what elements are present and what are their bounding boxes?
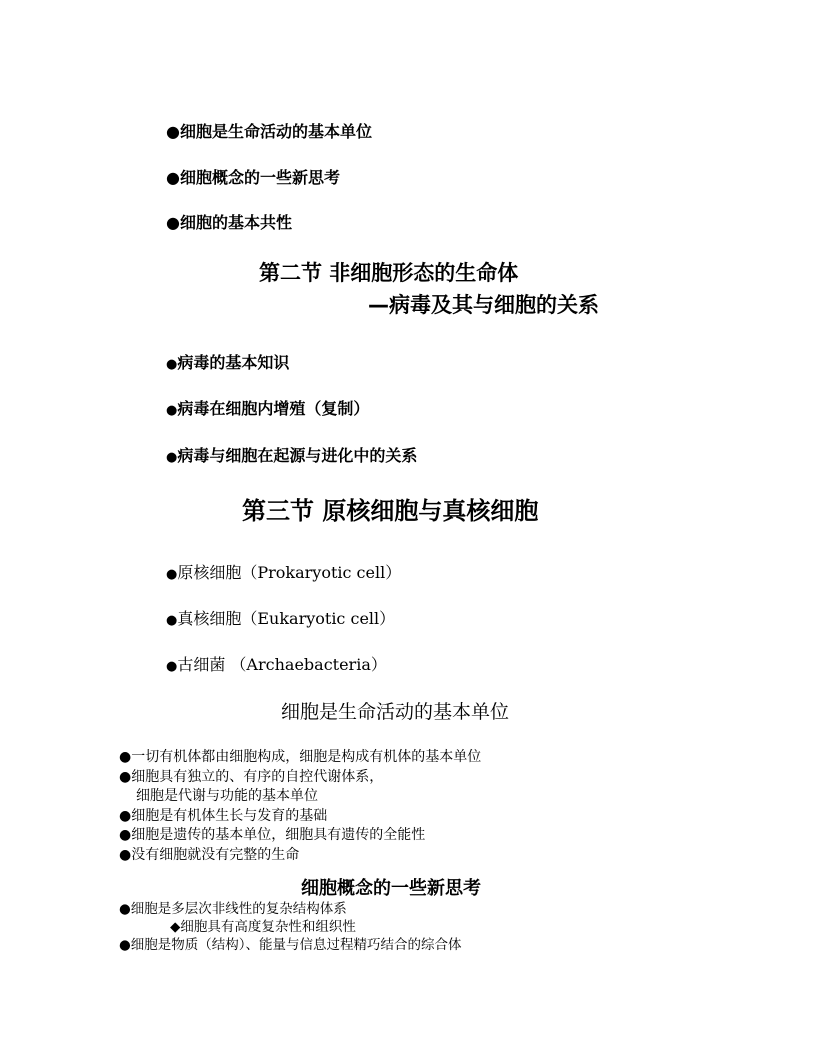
list-item: ●细胞是多层次非线性的复杂结构体系: [119, 900, 462, 918]
outline-item: ●细胞是生命活动的基本单位: [166, 119, 372, 142]
list-item-label: 一切有机体都由细胞构成，细胞是构成有机体的基本单位: [131, 749, 481, 765]
bullet-icon: ●: [166, 168, 180, 187]
bullet-icon: ●: [166, 450, 177, 465]
outline-item: ●病毒与细胞在起源与进化中的关系: [166, 443, 417, 466]
list-item: ●细胞是物质（结构）、能量与信息过程精巧结合的综合体: [119, 936, 462, 954]
list-item-label: 细胞是遗传的基本单位，细胞具有遗传的全能性: [131, 827, 425, 843]
bullet-icon: ●: [119, 847, 131, 863]
outline-item: ●病毒在细胞内增殖（复制）: [166, 396, 369, 419]
bullet-icon: ●: [166, 567, 177, 582]
outline-item-label: 病毒在细胞内增殖（复制）: [177, 399, 369, 418]
bullet-icon: ●: [119, 827, 131, 843]
bullet-icon: ●: [119, 901, 131, 917]
slide2-list: ●细胞是多层次非线性的复杂结构体系 ◆细胞具有高度复杂性和组织性 ●细胞是物质（…: [119, 900, 462, 954]
outline-item: ●原核细胞（Prokaryotic cell）: [166, 560, 401, 583]
outline-item-label: 细胞概念的一些新思考: [180, 168, 340, 187]
list-item-label: 细胞是物质（结构）、能量与信息过程精巧结合的综合体: [131, 937, 462, 953]
outline-item: ●细胞的基本共性: [166, 210, 292, 233]
list-item: ●一切有机体都由细胞构成，细胞是构成有机体的基本单位: [119, 748, 481, 768]
slide1-list: ●一切有机体都由细胞构成，细胞是构成有机体的基本单位 ●细胞具有独立的、有序的自…: [119, 748, 481, 865]
list-item: ●细胞是遗传的基本单位，细胞具有遗传的全能性: [119, 826, 481, 846]
list-item: ●细胞是有机体生长与发育的基础: [119, 807, 481, 827]
outline-item: ●真核细胞（Eukaryotic cell）: [166, 606, 395, 629]
bullet-icon: ●: [166, 213, 180, 232]
section2-title-line1: 第二节 非细胞形态的生命体: [259, 257, 518, 287]
slide1-title: 细胞是生命活动的基本单位: [281, 697, 509, 724]
outline-item-label: 病毒与细胞在起源与进化中的关系: [177, 446, 417, 465]
outline-item: ●古细菌 （Archaebacteria）: [166, 652, 387, 675]
bullet-icon: ●: [166, 357, 177, 372]
outline-item-label: 细胞的基本共性: [180, 213, 292, 232]
bullet-icon: ●: [166, 613, 177, 628]
outline-item: ●病毒的基本知识: [166, 350, 289, 373]
bullet-icon: ●: [119, 937, 131, 953]
section2-title-line2: —病毒及其与细胞的关系: [368, 289, 599, 319]
bullet-icon: ●: [166, 122, 180, 141]
outline-item-label: 原核细胞（Prokaryotic cell）: [177, 563, 401, 582]
diamond-bullet-icon: ◆: [170, 919, 180, 935]
section3-title: 第三节 原核细胞与真核细胞: [242, 491, 538, 526]
list-item-label: 细胞具有独立的、有序的自控代谢体系，: [131, 769, 383, 785]
bullet-icon: ●: [119, 808, 131, 824]
list-item-label: 细胞是多层次非线性的复杂结构体系: [131, 901, 347, 917]
bullet-icon: ●: [119, 769, 131, 785]
outline-item-label: 古细菌 （Archaebacteria）: [177, 655, 387, 674]
bullet-icon: ●: [166, 659, 177, 674]
list-item: ●细胞具有独立的、有序的自控代谢体系，: [119, 768, 481, 788]
list-item-continuation: 细胞是代谢与功能的基本单位: [119, 787, 481, 807]
bullet-icon: ●: [166, 403, 177, 418]
slide2-title: 细胞概念的一些新思考: [301, 874, 481, 900]
list-item-label: 细胞是代谢与功能的基本单位: [136, 788, 318, 804]
outline-item-label: 病毒的基本知识: [177, 353, 289, 372]
outline-item-label: 细胞是生命活动的基本单位: [180, 122, 372, 141]
outline-item-label: 真核细胞（Eukaryotic cell）: [177, 609, 395, 628]
sub-list-item: ◆细胞具有高度复杂性和组织性: [119, 918, 462, 936]
outline-item: ●细胞概念的一些新思考: [166, 165, 340, 188]
bullet-icon: ●: [119, 749, 131, 765]
list-item-label: 细胞具有高度复杂性和组织性: [180, 919, 356, 935]
list-item-label: 没有细胞就没有完整的生命: [131, 847, 299, 863]
list-item-label: 细胞是有机体生长与发育的基础: [131, 808, 327, 824]
list-item: ●没有细胞就没有完整的生命: [119, 846, 481, 866]
